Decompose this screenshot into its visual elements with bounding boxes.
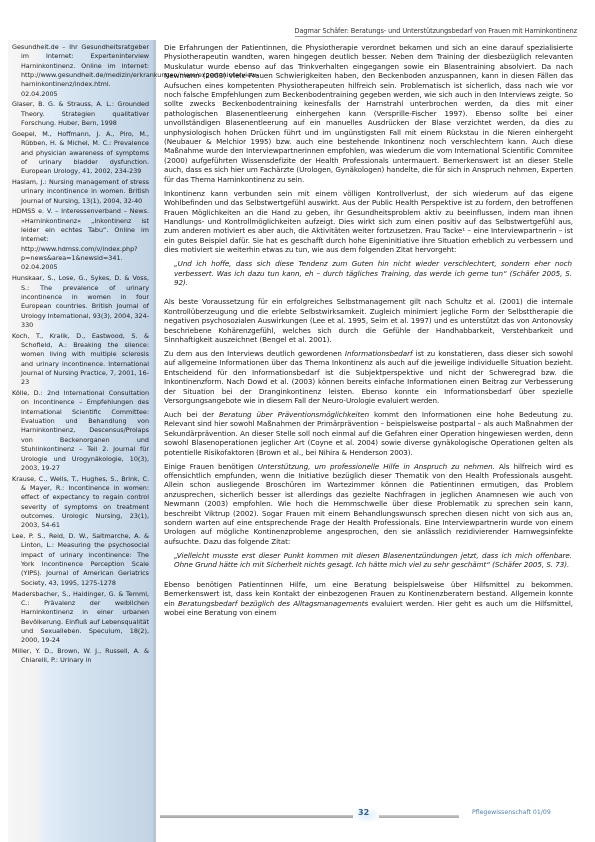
emphasis: Informationsbedarf [345,349,413,358]
reference-item: HDMSS e. V. – Interessenverband – News. … [12,207,149,272]
reference-list: Gesundheit.de – Ihr Gesundheitsratgeber … [12,43,149,667]
body-paragraph: Ebenso benötigen Patientinnen Hilfe, um … [164,580,573,618]
emphasis: Beratung über Präventionsmöglichkeiten [219,410,369,419]
reference-item: Glaser, B. G. & Strauss, A. L.: Grounded… [12,100,149,128]
interview-quote: „Und ich hoffe, dass sich diese Tendenz … [174,259,572,287]
reference-item: Goepel, M., Hoffmann, J. A., Piro, M., R… [12,130,149,177]
journal-name: Pflegewissenschaft 01/09 [472,809,551,816]
body-paragraph: Die Erfahrungen der Patientinnen, die Ph… [164,43,573,184]
reference-item: Koch, T., Kralik, D., Eastwood, S. & Sch… [12,332,149,388]
reference-item: Hunskaar, S., Lose, G., Sykes, D. & Voss… [12,274,149,330]
main-text-column: Die Erfahrungen der Patientinnen, die Ph… [164,43,573,622]
interview-quote: „Vielleicht musste erst dieser Punkt kom… [174,551,572,570]
footer-rule-left [160,815,355,818]
footer-rule-right [379,815,459,818]
running-header: Dagmar Schäfer: Beratungs- und Unterstüt… [295,27,577,37]
body-paragraph: Als beste Voraussetzung für ein erfolgre… [164,297,573,344]
sidebar-edge [153,40,156,842]
emphasis: Unterstützung, um professionelle Hilfe i… [258,462,495,471]
reference-item: Madersbacher, S., Haidinger, G. & Temml,… [12,590,149,646]
reference-item: Miller, Y. D., Brown, W. J., Russell, A.… [12,647,149,666]
text: Als hilfreich wird es offensichtlich emp… [164,462,573,546]
text: Auch bei der [164,410,219,419]
body-paragraph: Inkontinenz kann verbunden sein mit eine… [164,189,573,255]
reference-item: Lee, P. S., Reid, D. W., Saltmarche, A. … [12,532,149,588]
body-paragraph: Einige Frauen benötigen Unterstützung, u… [164,462,573,547]
reference-item: Gesundheit.de – Ihr Gesundheitsratgeber … [12,43,149,99]
text: Einige Frauen benötigen [164,462,258,471]
reference-item: Krause, C., Wells, T., Hughes, S., Brink… [12,475,149,531]
text: Zu dem aus den Interviews deutlich gewor… [164,349,345,358]
page-number: 32 [358,808,369,817]
reference-item: Kölle, D.: 2nd International Consultatio… [12,389,149,473]
body-paragraph: Zu dem aus den Interviews deutlich gewor… [164,349,573,405]
body-paragraph: Auch bei der Beratung über Präventionsmö… [164,410,573,457]
reference-item: Haslam, J.: Nursing management of stress… [12,178,149,206]
emphasis: Beratungsbedarf bezüglich des Alltagsman… [178,599,368,608]
